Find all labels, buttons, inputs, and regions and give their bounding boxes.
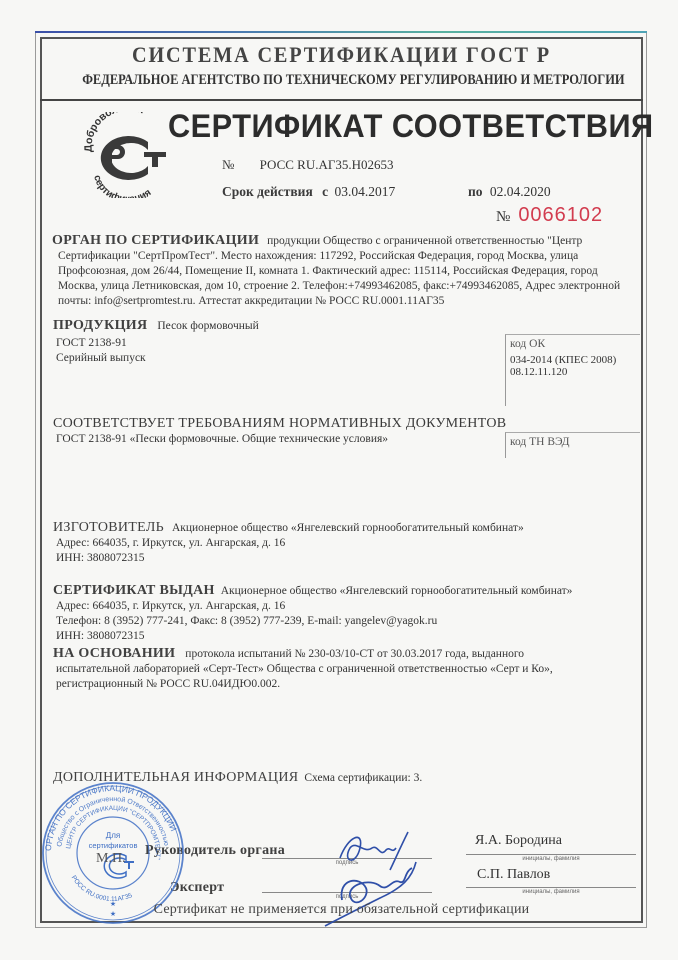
basis-heading: НА ОСНОВАНИИ — [53, 646, 175, 661]
cert-body-line-5: почты: info@sertpromtest.ru. Аттестат ак… — [52, 294, 637, 309]
issued-to-contacts: Телефон: 8 (3952) 777-241, Факс: 8 (3952… — [53, 614, 572, 629]
issued-to-name: Акционерное общество «Янгелевский горноо… — [221, 585, 573, 597]
expert-signature-line — [262, 892, 432, 893]
basis-section: НА ОСНОВАНИИпротокола испытаний № 230-03… — [53, 646, 553, 692]
rst-logo-icon: Добровольная сертификация — [78, 112, 174, 198]
cert-body-line-1: продукции Общество с ограниченной ответс… — [267, 235, 582, 247]
header-divider — [40, 99, 643, 101]
document-title: СЕРТИФИКАТ СООТВЕТСТВИЯ — [168, 108, 654, 145]
agency-name: ФЕДЕРАЛЬНОЕ АГЕНТСТВО ПО ТЕХНИЧЕСКОМУ РЕ… — [82, 72, 601, 89]
tnved-code-box: код ТН ВЭД — [505, 432, 640, 458]
to-date: 02.04.2020 — [490, 184, 551, 199]
cert-number-row: № РОСС RU.АГ35.Н02653 — [222, 157, 394, 173]
blank-number: 0066102 — [518, 204, 603, 226]
head-name-line — [466, 854, 636, 855]
frame-top-color-line — [35, 31, 647, 33]
expert-name-line — [466, 887, 636, 888]
stamp-bottom-text: РОСС RU.0001.11АГ35 — [70, 874, 134, 902]
stamp-place-label: М.П. — [96, 851, 126, 867]
head-signature-line — [262, 858, 432, 859]
expert-name: С.П. Павлов — [477, 867, 550, 883]
manufacturer-section: ИЗГОТОВИТЕЛЬАкционерное общество «Янгеле… — [53, 520, 524, 566]
compliance-heading: СООТВЕТСТВУЕТ ТРЕБОВАНИЯМ НОРМАТИВНЫХ ДО… — [53, 416, 506, 432]
voluntary-certification-note: Сертификат не применяется при обязательн… — [40, 902, 643, 918]
ok-code-label: код ОК — [510, 338, 640, 350]
product-name: Песок формовочный — [157, 320, 258, 332]
issued-to-section: СЕРТИФИКАТ ВЫДАНАкционерное общество «Ян… — [53, 583, 572, 644]
validity-to-row: по 02.04.2020 — [468, 184, 551, 200]
product-section: ПРОДУКЦИЯПесок формовочный ГОСТ 2138-91 … — [53, 318, 259, 366]
from-label: с — [322, 184, 328, 199]
validity-from-row: Срок действия с 03.04.2017 — [222, 184, 395, 200]
blank-number-sign: № — [496, 209, 510, 225]
cert-body-line-3: Профсоюзная, дом 26/44, Помещение II, ко… — [52, 264, 637, 279]
head-name: Я.А. Бородина — [475, 833, 562, 849]
expert-signature-caption: подпись — [262, 894, 432, 900]
manufacturer-heading: ИЗГОТОВИТЕЛЬ — [53, 520, 164, 535]
cert-body-line-2: Сертификации "СертПромТест". Место нахож… — [52, 249, 637, 264]
ok-code-value-1: 034-2014 (КПЕС 2008) — [510, 354, 640, 366]
additional-info-text: Схема сертификации: 3. — [304, 772, 422, 784]
to-label: по — [468, 184, 483, 199]
manufacturer-name: Акционерное общество «Янгелевский горноо… — [172, 522, 524, 534]
cert-number: РОСС RU.АГ35.Н02653 — [260, 157, 394, 172]
expert-name-caption: инициалы, фамилия — [466, 889, 636, 895]
basis-line-2: испытательной лабораторией «Серт-Тест» О… — [53, 662, 553, 677]
stamp-center-line-1: Для — [106, 831, 120, 840]
svg-text:РОСС RU.0001.11АГ35: РОСС RU.0001.11АГ35 — [70, 874, 134, 902]
product-release: Серийный выпуск — [53, 351, 259, 366]
from-date: 03.04.2017 — [335, 184, 396, 199]
validity-label: Срок действия — [222, 184, 313, 199]
cert-body-line-4: Москва, улица Летниковская, дом 10, стро… — [52, 279, 637, 294]
stamp-center-line-2: сертификатов — [89, 841, 138, 850]
certification-body-section: ОРГАН ПО СЕРТИФИКАЦИИпродукции Общество … — [52, 233, 637, 309]
head-name-caption: инициалы, фамилия — [466, 856, 636, 862]
basis-line-1: протокола испытаний № 230-03/10-СТ от 30… — [185, 648, 524, 660]
compliance-section: СООТВЕТСТВУЕТ ТРЕБОВАНИЯМ НОРМАТИВНЫХ ДО… — [53, 416, 506, 447]
compliance-document: ГОСТ 2138-91 «Пески формовочные. Общие т… — [53, 432, 506, 447]
basis-line-3: регистрационный № РОСС RU.04ИДЮ0.002. — [53, 677, 553, 692]
number-sign: № — [222, 157, 234, 172]
product-standard: ГОСТ 2138-91 — [53, 336, 259, 351]
system-title: СИСТЕМА СЕРТИФИКАЦИИ ГОСТ Р — [64, 42, 619, 68]
issued-to-address: Адрес: 664035, г. Иркутск, ул. Ангарская… — [53, 599, 572, 614]
issued-to-inn: ИНН: 3808072315 — [53, 629, 572, 644]
head-signature-caption: подпись — [262, 860, 432, 866]
issued-to-heading: СЕРТИФИКАТ ВЫДАН — [53, 583, 215, 598]
manufacturer-address: Адрес: 664035, г. Иркутск, ул. Ангарская… — [53, 536, 524, 551]
certification-body-heading: ОРГАН ПО СЕРТИФИКАЦИИ — [52, 233, 259, 248]
product-heading: ПРОДУКЦИЯ — [53, 318, 147, 333]
tnved-code-label: код ТН ВЭД — [510, 436, 640, 448]
blank-number-row: № 0066102 — [496, 204, 603, 227]
ok-code-value-2: 08.12.11.120 — [510, 366, 640, 378]
ok-code-box: код ОК 034-2014 (КПЕС 2008) 08.12.11.120 — [505, 334, 640, 406]
manufacturer-inn: ИНН: 3808072315 — [53, 551, 524, 566]
